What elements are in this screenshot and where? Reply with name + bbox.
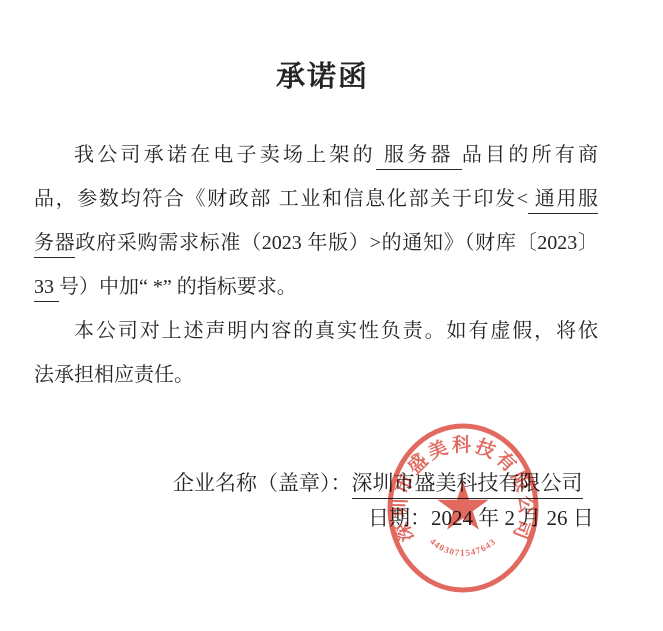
body-text-segment: 政府采购需求标准（2023 年版）>的通知》（财库〔2023〕 [75,232,598,254]
underlined-text: 33 [34,276,59,302]
body-text-segment: 号）中加“ *” 的指标要求。 [59,276,297,298]
seal-serial-number: 4403071547643 [428,536,498,558]
body-lines: 我公司承诺在电子卖场上架的 服务器 品目的所有商品，参数均符合《财政部 工业和信… [34,133,598,397]
body-line: 品，参数均符合《财政部 工业和信息化部关于印发< 通用服 [34,177,598,221]
underlined-text: 通用服 [528,188,598,214]
document-title: 承诺函 [0,54,645,95]
company-name-label: 企业名称（盖章）： [173,471,352,495]
body-line: 法承担相应责任。 [34,353,598,397]
svg-text:4403071547643: 4403071547643 [428,536,498,558]
underlined-text: 服务器 [376,144,462,170]
body-text-segment: 本公司对上述声明内容的真实性负责。如有虚假，将依 [74,320,598,342]
body-line: 务器政府采购需求标准（2023 年版）>的通知》（财库〔2023〕 [34,221,598,265]
body-line: 本公司对上述声明内容的真实性负责。如有虚假，将依 [34,309,598,353]
body-line: 我公司承诺在电子卖场上架的 服务器 品目的所有商 [34,133,598,177]
body-text-segment: 品，参数均符合《财政部 工业和信息化部关于印发< [34,188,528,210]
body-text-segment: 我公司承诺在电子卖场上架的 [74,144,376,166]
date-value: 2024 年 2 月 26 日 [431,506,594,530]
company-name-value: 深圳市盛美科技有限公司 [352,471,583,499]
date-label: 日期： [368,506,431,530]
commitment-letter-document: 承诺函 我公司承诺在电子卖场上架的 服务器 品目的所有商品，参数均符合《财政部 … [0,0,663,631]
underlined-text: 务器 [34,232,75,258]
body-text-segment: 品目的所有商 [462,144,598,166]
body-text-segment: 法承担相应责任。 [34,364,194,386]
date-line: 日期：2024 年 2 月 26 日 [368,502,594,532]
body-line: 33 号）中加“ *” 的指标要求。 [34,265,598,309]
signature-line: 企业名称（盖章）：深圳市盛美科技有限公司 [173,467,583,497]
